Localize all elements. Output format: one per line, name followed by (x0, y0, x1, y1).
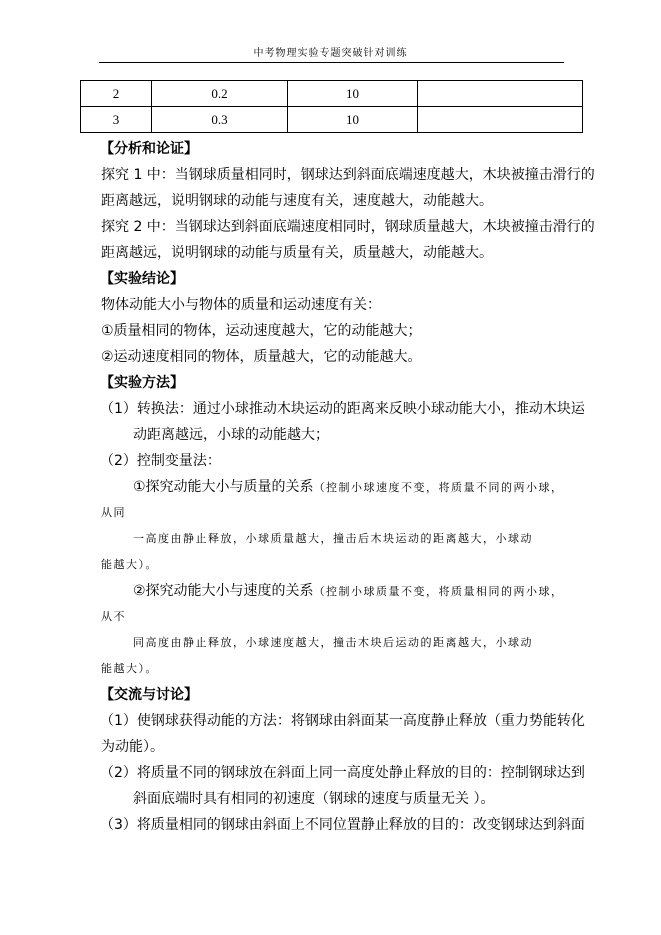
table-cell: 0.2 (152, 81, 288, 107)
section-heading-discussion: 【交流与讨论】 (100, 684, 198, 704)
method-item-2: （2）控制变量法： (100, 450, 221, 470)
conclusion-line: 物体动能大小与物体的质量和运动速度有关： (101, 294, 381, 314)
header-rule (99, 62, 564, 63)
data-table: 2 0.2 10 3 0.3 10 (80, 80, 583, 133)
discussion-line: 斜面底端时具有相同的初速度（钢球的速度与质量无关 ）。 (133, 788, 494, 808)
method-sub-1-cont: 一高度由静止释放，小球质量越大，撞击后木块运动的距离越大，小球动 (133, 530, 533, 546)
analysis-line: 探究 2 中：当钢球达到斜面底端速度相同时，钢球质量越大，木块被撞击滑行的 (101, 216, 595, 236)
method-sub-1-note: （控制小球速度不变，将质量不同的两小球， (314, 481, 564, 494)
discussion-line: （3）将质量相同的钢球由斜面上不同位置静止释放的目的：改变钢球达到斜面 (100, 814, 585, 834)
page-header-title: 中考物理实验专题突破针对训练 (0, 44, 661, 59)
section-heading-conclusion: 【实验结论】 (100, 268, 184, 288)
method-sub-1-cont: 能越大）。 (101, 556, 158, 572)
analysis-line: 探究 1 中：当钢球质量相同时，钢球达到斜面底端速度越大，木块被撞击滑行的 (101, 164, 595, 184)
section-heading-analysis: 【分析和论证】 (100, 138, 198, 158)
table-cell (418, 107, 583, 133)
discussion-line: 为动能）。 (101, 736, 164, 756)
table-row: 3 0.3 10 (81, 107, 583, 133)
method-sub-2-cont: 从不 (101, 608, 126, 624)
discussion-line: （1）使钢球获得动能的方法：将钢球由斜面某一高度静止释放（重力势能转化 (100, 710, 585, 730)
conclusion-line: ①质量相同的物体，运动速度越大，它的动能越大； (101, 320, 422, 340)
table-cell: 2 (81, 81, 152, 107)
method-sub-1-cont: 从同 (101, 504, 126, 520)
analysis-line: 距离越远，说明钢球的动能与速度有关，速度越大，动能越大。 (101, 190, 493, 210)
table-cell (418, 81, 583, 107)
method-sub-2-cont: 能越大）。 (101, 660, 158, 676)
method-sub-1-lead: ①探究动能大小与质量的关系 (133, 479, 314, 495)
discussion-line: （2）将质量不同的钢球放在斜面上同一高度处静止释放的目的：控制钢球达到 (100, 762, 585, 782)
analysis-line: 距离越远，说明钢球的动能与质量有关，质量越大，动能越大。 (101, 242, 493, 262)
table-row: 2 0.2 10 (81, 81, 583, 107)
method-item-1-cont: 动距离越远，小球的动能越大； (133, 424, 329, 444)
table-cell: 3 (81, 107, 152, 133)
section-heading-method: 【实验方法】 (100, 372, 184, 392)
method-sub-2-note: （控制小球质量不变，将质量相同的两小球， (314, 585, 564, 598)
method-item-1: （1）转换法：通过小球推动木块运动的距离来反映小球动能大小，推动木块运 (100, 398, 585, 418)
table-cell: 10 (288, 81, 418, 107)
method-sub-1: ①探究动能大小与质量的关系（控制小球速度不变，将质量不同的两小球， (133, 476, 564, 496)
method-sub-2-lead: ②探究动能大小与速度的关系 (133, 583, 314, 599)
conclusion-line: ②运动速度相同的物体，质量越大，它的动能越大。 (101, 346, 422, 366)
table-cell: 0.3 (152, 107, 288, 133)
table-cell: 10 (288, 107, 418, 133)
method-sub-2: ②探究动能大小与速度的关系（控制小球质量不变，将质量相同的两小球， (133, 580, 564, 600)
method-sub-2-cont: 同高度由静止释放，小球速度越大，撞击木块后运动的距离越大，小球动 (133, 634, 533, 650)
